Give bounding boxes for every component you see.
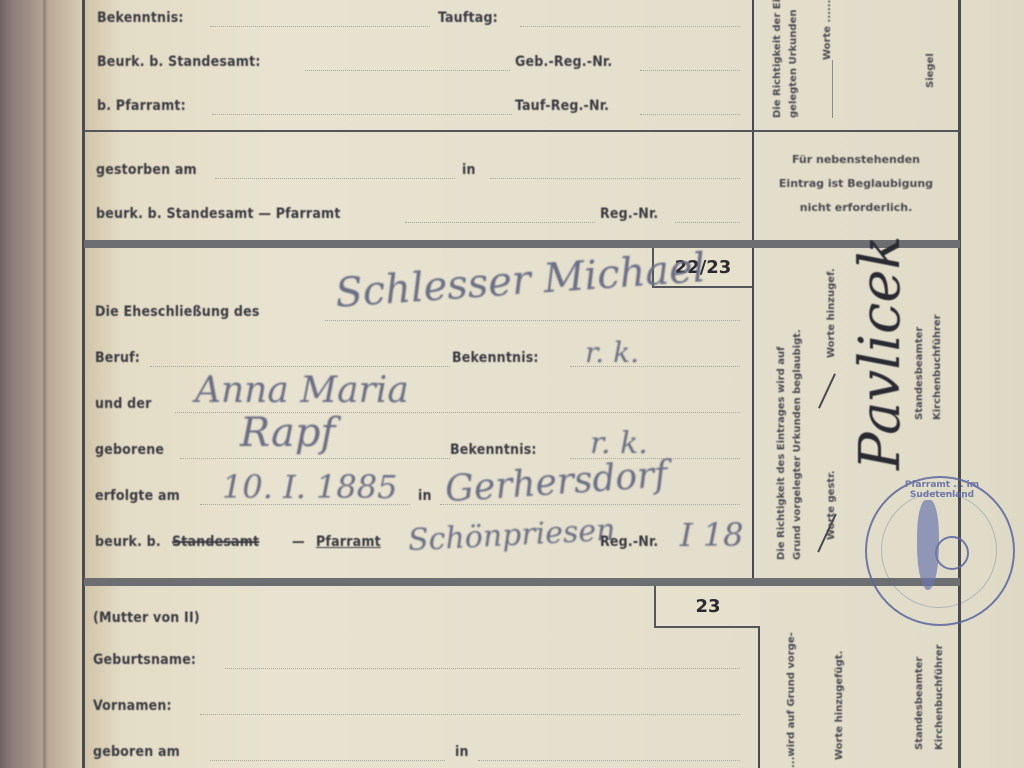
death-beurk-label: beurk. b. Standesamt — Pfarramt <box>96 206 341 222</box>
official-signature: Pavlicek <box>848 236 913 470</box>
eheschliessung-label: Die Eheschließung des <box>95 304 260 320</box>
pfarramt-label: b. Pfarramt: <box>97 98 186 114</box>
side-bottom-vertical-3: Standesbeamter <box>914 630 925 750</box>
mother-title: (Mutter von II) <box>93 610 200 626</box>
tauf-reg-nr-label: Tauf-Reg.-Nr. <box>515 98 609 114</box>
official-stamp: Pfarramt ... im Sudetenland <box>865 476 1015 626</box>
section-divider-3 <box>84 578 960 586</box>
note-line-1: Für nebenstehenden <box>756 148 956 172</box>
gestorben-am-label: gestorben am <box>96 162 197 178</box>
note-line-2: Eintrag ist Beglaubigung <box>756 172 956 196</box>
marriage-beurk-dash: — <box>292 534 305 550</box>
tauftag-label: Tauftag: <box>438 10 498 26</box>
geburtsname-line <box>225 668 740 669</box>
vornamen-line <box>200 714 740 715</box>
und-der-label: und der <box>95 396 152 412</box>
marriage-beurk-prefix: beurk. b. <box>95 534 161 550</box>
bride-name: Anna Maria <box>195 370 409 411</box>
side-mid-vertical-5: Standesbeamter <box>914 280 925 420</box>
bekenntnis-line <box>210 26 430 27</box>
pfarramt-line <box>212 114 512 115</box>
groom-bekenntnis-value: r. k. <box>585 336 639 369</box>
note-line-3: nicht erforderlich. <box>756 196 956 220</box>
side-mid-vertical-6: Kirchenbuchführer <box>932 280 943 420</box>
mother-box-number: 23 <box>654 586 760 628</box>
geb-reg-nr-line <box>640 70 740 71</box>
left-border <box>82 0 85 768</box>
geborene-line <box>180 458 450 459</box>
bride-maiden-name: Rapf <box>240 410 335 456</box>
bride-bekenntnis-label: Bekenntnis: <box>450 442 537 458</box>
geborene-label: geborene <box>95 442 164 458</box>
side-bottom-vertical-2: Worte hinzugefügt. <box>834 610 845 760</box>
death-reg-nr-label: Reg.-Nr. <box>600 206 658 222</box>
book-binding <box>0 0 82 768</box>
bekenntnis-label: Bekenntnis: <box>97 10 184 26</box>
side-mid-vertical-4: Worte hinzugef. <box>826 268 837 358</box>
marriage-date: 10. I. 1885 <box>222 468 397 506</box>
mother-geboren-am-line <box>210 760 445 761</box>
side-top-vertical-2: gelegten Urkunden <box>788 0 799 118</box>
side-top-signature-line <box>832 60 833 118</box>
eheschliessung-line <box>325 320 740 321</box>
marriage-beurk-standesamt-struck: Standesamt <box>172 534 259 550</box>
side-top-vertical-1: Die Richtigkeit der Eintragungen nach vo… <box>772 0 783 118</box>
geb-reg-nr-label: Geb.-Reg.-Nr. <box>515 54 612 70</box>
death-in-label: in <box>462 162 476 178</box>
erfolgte-am-label: erfolgte am <box>95 488 180 504</box>
side-bottom-vertical-1: ...wird auf Grund vorge- <box>786 600 797 768</box>
side-top-vertical-3: Worte .......... <box>822 0 833 60</box>
marriage-reg-nr-label: Reg.-Nr. <box>600 534 658 550</box>
beurk-standesamt-line <box>305 70 510 71</box>
groom-bekenntnis-label: Bekenntnis: <box>452 350 539 366</box>
side-bottom-vertical-4: Kirchenbuchführer <box>934 630 945 750</box>
tauftag-line <box>520 26 740 27</box>
mother-in-label: in <box>455 744 469 760</box>
vornamen-label: Vornamen: <box>93 698 172 714</box>
siegel-label: Siegel <box>925 48 936 88</box>
beruf-label: Beruf: <box>95 350 140 366</box>
beurk-standesamt-label: Beurk. b. Standesamt: <box>97 54 261 70</box>
marriage-beurk-pfarramt: Pfarramt <box>316 534 381 550</box>
right-border <box>958 0 961 768</box>
tauf-reg-nr-line <box>640 114 740 115</box>
gestorben-am-line <box>215 178 455 179</box>
side-mid-vertical-2: Grund vorgelegter Urkunden beglaubigt. <box>792 260 803 560</box>
emblem-wreath-icon <box>935 536 969 570</box>
death-in-line <box>490 178 740 179</box>
column-divider <box>752 0 754 580</box>
marriage-in-label: in <box>418 488 432 504</box>
side-mid-vertical-1: Die Richtigkeit des Eintrages wird auf <box>776 260 787 560</box>
mother-geboren-am-label: geboren am <box>93 744 180 760</box>
death-reg-nr-line <box>675 222 740 223</box>
mother-in-line <box>478 760 740 761</box>
death-beurk-line <box>405 222 595 223</box>
marriage-reg-nr-value: I 18 <box>680 516 744 554</box>
section-divider-2 <box>84 240 960 248</box>
geburtsname-label: Geburtsname: <box>93 652 196 668</box>
stamp-text: Pfarramt ... im Sudetenland <box>877 480 1007 500</box>
beruf-line <box>150 366 450 367</box>
section-divider-1 <box>84 130 960 132</box>
